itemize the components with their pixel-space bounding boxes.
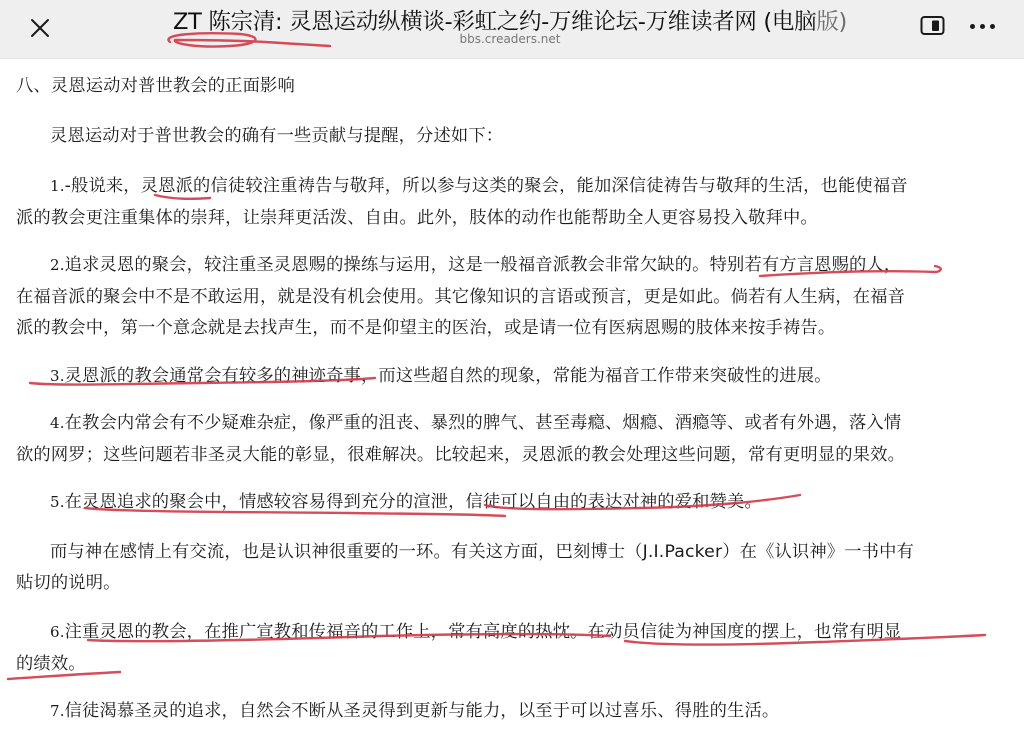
point-number: 2. (50, 256, 65, 274)
more-icon-dot (990, 24, 995, 29)
point-number: 7. (50, 702, 65, 720)
browser-header: ZT 陈宗清: 灵恩运动纵横谈-彩虹之约-万维论坛-万维读者网 (电脑版) bb… (0, 0, 1024, 59)
reader-mode-icon (920, 15, 946, 37)
point-number: 3. (50, 367, 65, 385)
point-7-line-1: 7.信徒渴慕圣灵的追求，自然会不断从圣灵得到更新与能力，以至于可以过喜乐、得胜的… (50, 696, 779, 721)
point-number: 5. (50, 493, 65, 511)
point-4-line-1: 4.在教会内常会有不少疑难杂症，像严重的沮丧、暴烈的脾气、甚至毒瘾、烟瘾、酒瘾等… (50, 408, 901, 433)
point-number: 4. (50, 414, 65, 432)
more-icon (970, 24, 975, 29)
point-1-line-1: 1.-般说来，灵恩派的信徒较注重祷告与敬拜，所以参与这类的聚会，能加深信徒祷告与… (50, 171, 908, 196)
point-text: 在灵恩追求的聚会中，情感较容易得到充分的渲泄，信徒可以自由的表达对神的爱和赞美。 (65, 492, 762, 512)
more-options-button[interactable] (970, 18, 1010, 34)
point-1-line-2: 派的教会更注重集体的崇拜，让崇拜更活泼、自由。此外，肢体的动作也能帮助全人更容易… (16, 203, 818, 228)
point-text: 信徒渴慕圣灵的追求，自然会不断从圣灵得到更新与能力，以至于可以过喜乐、得胜的生活… (65, 701, 780, 721)
point-text: 灵恩派的教会通常会有较多的神迹奇事，而这些超自然的现象，常能为福音工作带来突破性… (65, 366, 832, 386)
close-button[interactable] (22, 10, 58, 46)
point-4-line-2: 欲的网罗；这些问题若非圣灵大能的彰显，很难解决。比较起来，灵恩派的教会处理这些问… (16, 440, 905, 465)
point-6-line-2: 的绩效。 (16, 649, 86, 674)
point-5-line-1: 5.在灵恩追求的聚会中，情感较容易得到充分的渲泄，信徒可以自由的表达对神的爱和赞… (50, 487, 762, 512)
page-url: bbs.creaders.net (140, 32, 880, 46)
point-2-line-2: 在福音派的聚会中不是不敢运用，就是没有机会使用。其它像知识的言语或预言，更是如此… (16, 282, 905, 307)
point-3-line-1: 3.灵恩派的教会通常会有较多的神迹奇事，而这些超自然的现象，常能为福音工作带来突… (50, 361, 832, 386)
point-2-line-1: 2.追求灵恩的聚会，较注重圣灵恩赐的操练与运用，这是一般福音派教会非常欠缺的。特… (50, 250, 901, 275)
reader-mode-button[interactable] (920, 15, 946, 37)
packer-paragraph-line-1: 而与神在感情上有交流，也是认识神很重要的一环。有关这方面，巴刻博士（J.I.Pa… (50, 537, 914, 562)
packer-paragraph-line-2: 贴切的说明。 (16, 568, 121, 593)
point-6-line-1: 6.注重灵恩的教会，在推广宣教和传福音的工作上，常有高度的热忱。在动员信徒为神国… (50, 617, 901, 642)
point-number: 1. (50, 177, 65, 195)
more-icon-dot (980, 24, 985, 29)
point-number: 6. (50, 623, 65, 641)
point-2-line-3: 派的教会中，第一个意念就是去找声生，而不是仰望主的医治，或是请一位有医病恩赐的肢… (16, 313, 835, 338)
point-text: 在教会内常会有不少疑难杂症，像严重的沮丧、暴烈的脾气、甚至毒瘾、烟瘾、酒瘾等、或… (65, 413, 902, 433)
point-text: 追求灵恩的聚会，较注重圣灵恩赐的操练与运用，这是一般福音派教会非常欠缺的。特别若… (65, 255, 902, 275)
intro-paragraph: 灵恩运动对于普世教会的确有一些贡献与提醒，分述如下： (50, 121, 503, 146)
article-body: 八、灵恩运动对普世教会的正面影响 灵恩运动对于普世教会的确有一些贡献与提醒，分述… (0, 58, 1024, 734)
close-icon (29, 17, 51, 39)
section-heading: 八、灵恩运动对普世教会的正面影响 (16, 71, 295, 96)
point-text: 注重灵恩的教会，在推广宣教和传福音的工作上，常有高度的热忱。在动员信徒为神国度的… (65, 622, 902, 642)
point-text: -般说来，灵恩派的信徒较注重祷告与敬拜，所以参与这类的聚会，能加深信徒祷告与敬拜… (65, 176, 908, 196)
